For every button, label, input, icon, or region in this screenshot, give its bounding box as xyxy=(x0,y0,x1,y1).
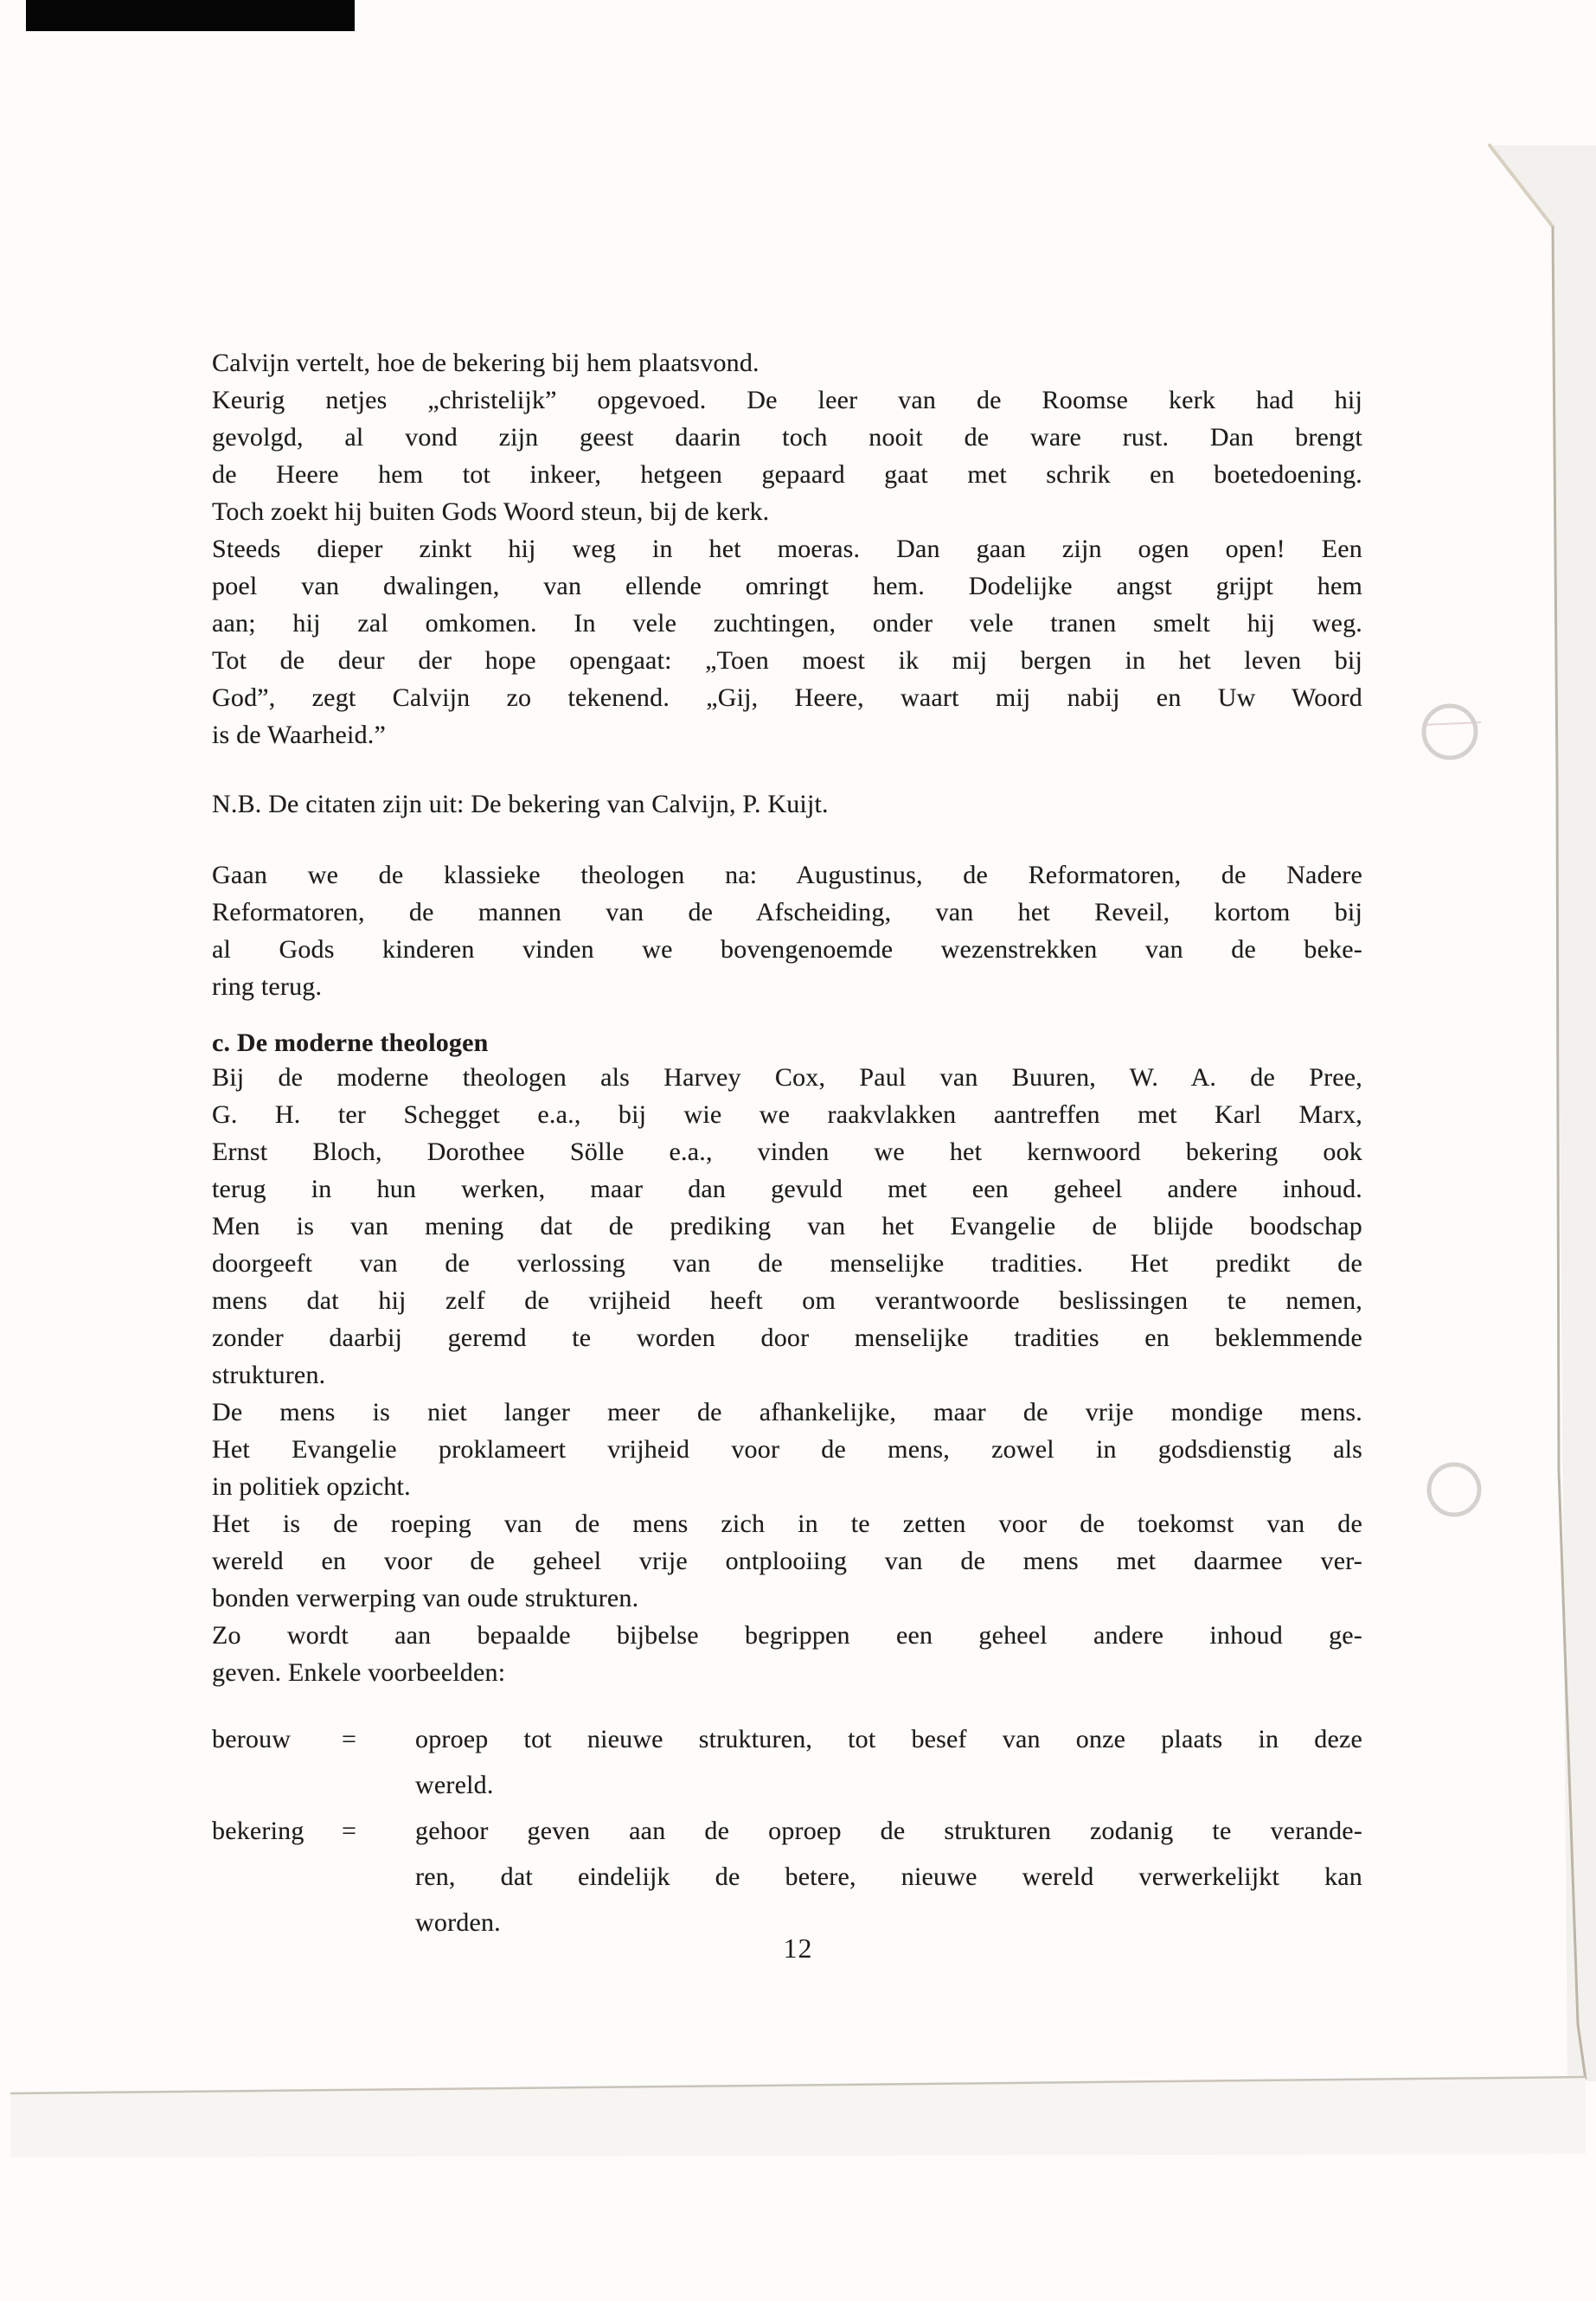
text-line: bonden verwerping van oude strukturen. xyxy=(212,1580,1362,1617)
definition-term: berouw xyxy=(212,1716,342,1762)
text-line: de Heere hem tot inkeer, hetgeen gepaard… xyxy=(212,456,1362,493)
text-line: Toch zoekt hij buiten Gods Woord steun, … xyxy=(212,493,1362,530)
text-line: zonder daarbij geremd te worden door men… xyxy=(212,1319,1362,1356)
definition-term: bekering xyxy=(212,1808,342,1854)
text-line: in politiek opzicht. xyxy=(212,1468,1362,1505)
text-line: is de Waarheid.” xyxy=(212,716,1362,753)
definition-line: berouw=oproep tot nieuwe strukturen, tot… xyxy=(212,1716,1362,1762)
definition-list: berouw=oproep tot nieuwe strukturen, tot… xyxy=(212,1716,1362,1945)
underlying-page-band xyxy=(10,2077,1586,2157)
definition-text: oproep tot nieuwe strukturen, tot besef … xyxy=(415,1716,1362,1762)
pink-scan-line xyxy=(1424,722,1481,725)
paragraph-vrije-mondige-mens: De mens is niet langer meer de afhankeli… xyxy=(212,1394,1362,1505)
text-line: Reformatoren, de mannen van de Afscheidi… xyxy=(212,894,1362,931)
text-line: ren, dat eindelijk de betere, nieuwe wer… xyxy=(212,1854,1362,1900)
text-line: Het is de roeping van de mens zich in te… xyxy=(212,1505,1362,1542)
text-line: geven. Enkele voorbeelden: xyxy=(212,1654,1362,1691)
paragraph-klassieke-theologen: Gaan we de klassieke theologen na: Augus… xyxy=(212,856,1362,1005)
text-line: Tot de deur der hope opengaat: „Toen moe… xyxy=(212,642,1362,679)
note-citation: N.B. De citaten zijn uit: De bekering va… xyxy=(212,785,1362,823)
page-number: 12 xyxy=(0,1931,1596,1965)
text-line: G. H. ter Schegget e.a., bij wie we raak… xyxy=(212,1096,1362,1133)
text-line: mens dat hij zelf de vrijheid heeft om v… xyxy=(212,1282,1362,1319)
punch-hole-mark xyxy=(1429,1465,1479,1515)
equals-sign: = xyxy=(342,1716,415,1762)
text-line: aan; hij zal omkomen. In vele zuchtingen… xyxy=(212,605,1362,642)
text-line: Bij de moderne theologen als Harvey Cox,… xyxy=(212,1059,1362,1096)
text-line: Zo wordt aan bepaalde bijbelse begrippen… xyxy=(212,1617,1362,1654)
paragraph-calvijn-bekering: Calvijn vertelt, hoe de bekering bij hem… xyxy=(212,344,1362,753)
text-line: Keurig netjes „christelijk” opgevoed. De… xyxy=(212,381,1362,419)
scanner-edge-artifact xyxy=(26,0,355,31)
text-line: al Gods kinderen vinden we bovengenoemde… xyxy=(212,931,1362,968)
text-line: De mens is niet langer meer de afhankeli… xyxy=(212,1394,1362,1431)
page-edge-line xyxy=(1553,227,1586,2080)
definition-line: bekering=gehoor geven aan de oproep de s… xyxy=(212,1808,1362,1854)
text-line: ring terug. xyxy=(212,968,1362,1005)
text-line: God”, zegt Calvijn zo tekenend. „Gij, He… xyxy=(212,679,1362,716)
text-line: terug in hun werken, maar dan gevuld met… xyxy=(212,1170,1362,1208)
definition-text: gehoor geven aan de oproep de strukturen… xyxy=(415,1808,1362,1854)
text-line: Ernst Bloch, Dorothee Sölle e.a., vinden… xyxy=(212,1133,1362,1170)
text-line: doorgeeft van de verlossing van de mense… xyxy=(212,1245,1362,1282)
paragraph-bijbelse-begrippen: Zo wordt aan bepaalde bijbelse begrippen… xyxy=(212,1617,1362,1691)
underlying-page-edge-line xyxy=(10,2077,1586,2093)
text-line: strukturen. xyxy=(212,1356,1362,1394)
paragraph-roeping-van-de-mens: Het is de roeping van de mens zich in te… xyxy=(212,1505,1362,1617)
text-line: Het Evangelie proklameert vrijheid voor … xyxy=(212,1431,1362,1468)
text-line: gevolgd, al vond zijn geest daarin toch … xyxy=(212,419,1362,456)
text-line: wereld en voor de geheel vrije ontplooii… xyxy=(212,1542,1362,1580)
text-line: poel van dwalingen, van ellende omringt … xyxy=(212,567,1362,605)
text-line: N.B. De citaten zijn uit: De bekering va… xyxy=(212,785,1362,823)
text-line: Calvijn vertelt, hoe de bekering bij hem… xyxy=(212,344,1362,381)
text-line: wereld. xyxy=(212,1762,1362,1808)
text-line: Gaan we de klassieke theologen na: Augus… xyxy=(212,856,1362,894)
section-heading: c. De moderne theologen xyxy=(212,1024,1362,1061)
text-line: Steeds dieper zinkt hij weg in het moera… xyxy=(212,530,1362,567)
equals-sign: = xyxy=(342,1808,415,1854)
page-edge-shadow xyxy=(1490,145,1596,2081)
page-corner-crease xyxy=(1490,145,1553,227)
paragraph-moderne-theologen: Bij de moderne theologen als Harvey Cox,… xyxy=(212,1059,1362,1394)
text-line: Men is van mening dat de prediking van h… xyxy=(212,1208,1362,1245)
scanned-page: Calvijn vertelt, hoe de bekering bij hem… xyxy=(0,0,1596,2301)
punch-hole-mark xyxy=(1424,706,1476,758)
